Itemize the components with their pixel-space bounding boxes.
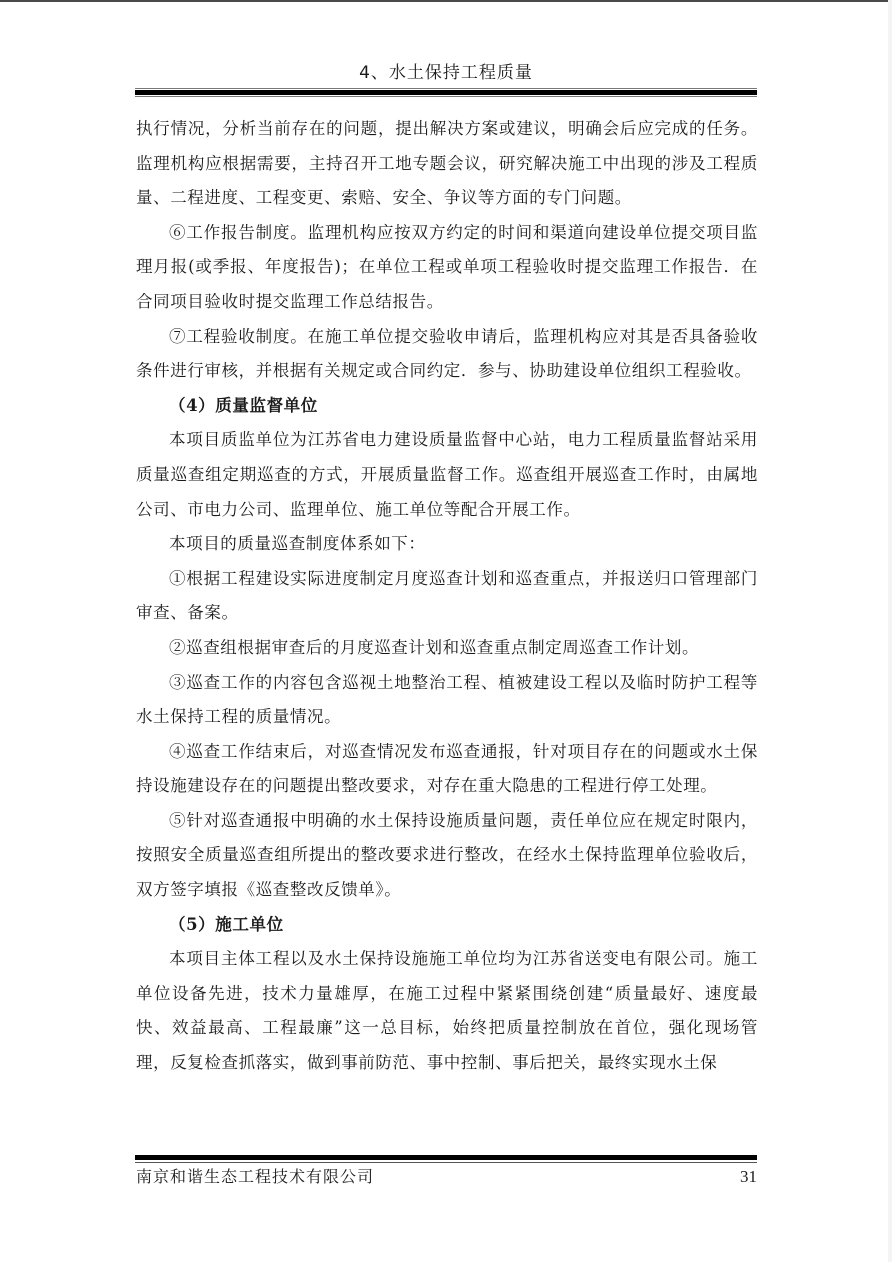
section-heading-quality-supervision: （4）质量监督单位 bbox=[136, 389, 758, 424]
header-rule-thin-top bbox=[135, 88, 757, 89]
paragraph-work-report-system: ⑥工作报告制度。监理机构应按双方约定的时间和渠道向建设单位提交项目监理月报(或季… bbox=[136, 216, 758, 320]
paragraph-construction-unit: 本项目主体工程以及水土保持设施施工单位均为江苏省送变电有限公司。施工单位设备先进… bbox=[136, 942, 758, 1080]
header-rule-thin-bottom bbox=[135, 96, 757, 97]
paragraph-meeting-continuation: 执行情况，分析当前存在的问题，提出解决方案或建议，明确会后应完成的任务。监理机构… bbox=[136, 112, 758, 216]
page-number: 31 bbox=[740, 1167, 757, 1187]
running-header-title: 4、水土保持工程质量 bbox=[135, 63, 757, 83]
header-rule bbox=[135, 88, 757, 98]
page-top-border bbox=[0, 0, 892, 2]
paragraph-acceptance-system: ⑦工程验收制度。在施工单位提交验收申请后，监理机构应对其是否具备验收条件进行审核… bbox=[136, 320, 758, 389]
page-right-edge bbox=[888, 0, 892, 1262]
list-item-inspection-1: ①根据工程建设实际进度制定月度巡查计划和巡查重点，并报送归口管理部门审查、备案。 bbox=[136, 562, 758, 631]
footer-company-name: 南京和谐生态工程技术有限公司 bbox=[136, 1167, 374, 1187]
header-rule-thick bbox=[135, 90, 757, 95]
footer-rule-thin bbox=[135, 1162, 757, 1163]
footer-rule-thick bbox=[135, 1155, 757, 1160]
list-item-inspection-5: ⑤针对巡查通报中明确的水土保持设施质量问题，责任单位应在规定时限内，按照安全质量… bbox=[136, 804, 758, 908]
list-item-inspection-2: ②巡查组根据审查后的月度巡查计划和巡查重点制定周巡查工作计划。 bbox=[136, 631, 758, 666]
list-item-inspection-3: ③巡查工作的内容包含巡视土地整治工程、植被建设工程以及临时防护工程等水土保持工程… bbox=[136, 666, 758, 735]
footer-rule bbox=[135, 1155, 757, 1164]
paragraph-inspection-system-intro: 本项目的质量巡查制度体系如下： bbox=[136, 527, 758, 562]
paragraph-quality-supervision-intro: 本项目质监单位为江苏省电力建设质量监督中心站，电力工程质量监督站采用质量巡查组定… bbox=[136, 423, 758, 527]
list-item-inspection-4: ④巡查工作结束后，对巡查情况发布巡查通报，针对项目存在的问题或水土保持设施建设存… bbox=[136, 735, 758, 804]
page-body: 执行情况，分析当前存在的问题，提出解决方案或建议，明确会后应完成的任务。监理机构… bbox=[136, 112, 758, 1081]
section-heading-construction-unit: （5）施工单位 bbox=[136, 908, 758, 943]
